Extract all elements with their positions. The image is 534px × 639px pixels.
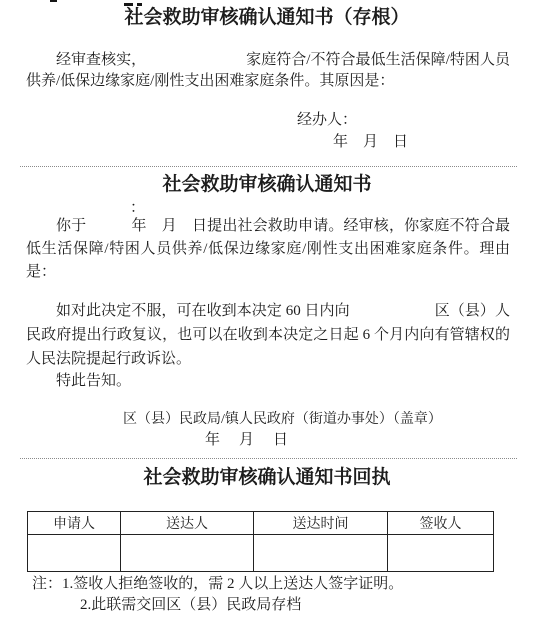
stub-title: 社会救助审核确认通知书（存根） <box>0 6 534 30</box>
cell-delivery-time <box>254 535 388 572</box>
cell-signee <box>388 535 494 572</box>
addressee-fill-in-blank <box>26 211 130 212</box>
cell-applicant <box>28 535 121 572</box>
receipt-title: 社会救助审核确认通知书回执 <box>0 466 534 490</box>
fill-in-blank <box>350 314 435 315</box>
cell-deliverer <box>121 535 254 572</box>
stub-date-placeholder: 年 月 日 <box>333 132 408 153</box>
fill-in-blank <box>86 229 131 230</box>
application-paragraph: 你于年 月 日提出社会救助申请。经审核，你家庭不符合最低生活保障/特困人员供养/… <box>26 215 510 284</box>
header-deliverer: 送达人 <box>121 512 254 535</box>
addressee-colon: ： <box>130 200 145 216</box>
notice-date-placeholder: 年 月 日 <box>205 430 290 451</box>
apply-lead: 你于 <box>56 218 86 234</box>
tear-line-divider <box>20 458 517 459</box>
receipt-table-header-row: 申请人 送达人 送达时间 签收人 <box>28 512 494 535</box>
header-delivery-time: 送达时间 <box>254 512 388 535</box>
fill-in-blank <box>146 63 246 64</box>
header-applicant: 申请人 <box>28 512 121 535</box>
notice-title: 社会救助审核确认通知书 <box>0 173 534 197</box>
receipt-table: 申请人 送达人 送达时间 签收人 <box>27 511 494 572</box>
note-line-2: 2.此联需交回区（县）民政局存档 <box>80 595 301 615</box>
apply-rest: 年 月 日提出社会救助申请。经审核，你家庭不符合最低生活保障/特困人员供养/低保… <box>26 218 510 280</box>
notice-document-page: 社会救助审核确认通知书（存根） 经审查核实，家庭符合/不符合最低生活保障/特困人… <box>0 0 534 639</box>
appeal-paragraph: 如对此决定不服，可在收到本决定 60 日内向区（县）人民政府提出行政复议，也可以… <box>26 299 510 371</box>
tear-line-divider <box>20 166 517 167</box>
closing-line: 特此告知。 <box>26 369 510 393</box>
stub-body-lead: 经审查核实， <box>56 52 146 68</box>
receipt-table-body-row <box>28 535 494 572</box>
header-signee: 签收人 <box>388 512 494 535</box>
handler-label: 经办人： <box>297 110 357 131</box>
cutoff-text-fragment <box>50 0 57 2</box>
stub-body-paragraph: 经审查核实，家庭符合/不符合最低生活保障/特困人员供养/低保边缘家庭/刚性支出困… <box>26 50 510 92</box>
appeal-lead: 如对此决定不服，可在收到本决定 60 日内向 <box>56 303 350 319</box>
seal-signature-line: 区（县）民政局/镇人民政府（街道办事处）（盖章） <box>123 409 442 430</box>
note-line-1: 注：1.签收人拒绝签收的，需 2 人以上送达人签字证明。 <box>32 574 403 594</box>
